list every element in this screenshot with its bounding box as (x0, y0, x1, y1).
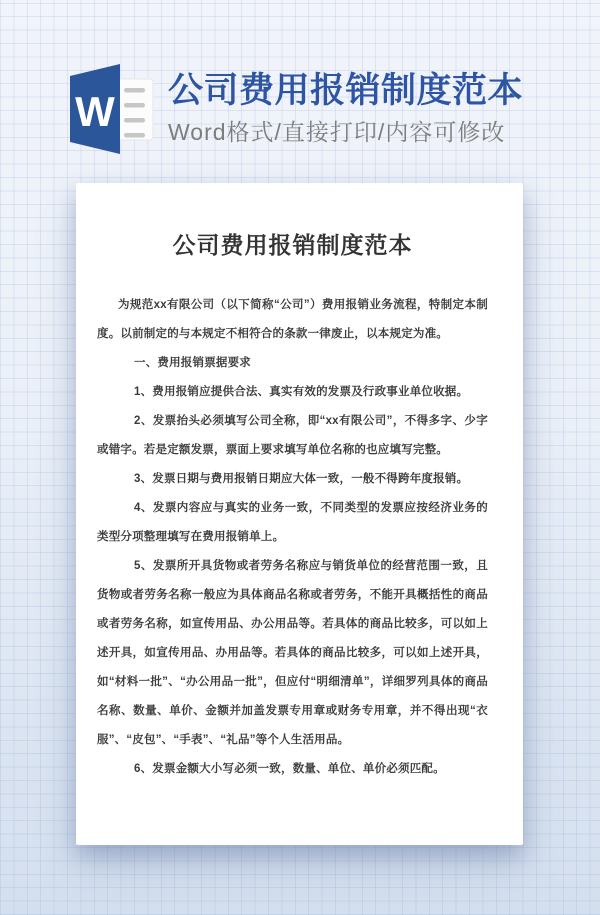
document-line (124, 88, 145, 93)
word-document-icon: W (70, 64, 156, 156)
document-page: 公司费用报销制度范本 为规范xx有限公司（以下简称“公司”）费用报销业务流程，特… (76, 183, 523, 845)
document-title: 公司费用报销制度范本 (97, 230, 488, 260)
document-line (124, 133, 145, 138)
banner-text: 公司费用报销制度范本 Word格式/直接打印/内容可修改 (168, 70, 538, 147)
doc-paragraph-intro: 为规范xx有限公司（以下简称“公司”）费用报销业务流程，特制定本制度。以前制定的… (97, 291, 488, 349)
doc-paragraph-item-1: 1、费用报销应提供合法、真实有效的发票及行政事业单位收据。 (97, 378, 488, 407)
banner-title: 公司费用报销制度范本 (168, 70, 538, 112)
doc-paragraph-item-2: 2、发票抬头必须填写公司全称，即“xx有限公司”，不得多字、少字或错字。若是定额… (97, 407, 488, 465)
word-icon: W (70, 64, 156, 161)
doc-paragraph-item-5: 5、发票所开具货物或者劳务名称应与销货单位的经营范围一致，且货物或者劳务名称一般… (97, 552, 488, 755)
doc-paragraph-item-4: 4、发票内容应与真实的业务一致，不同类型的发票应按经济业务的类型分项整理填写在费… (97, 494, 488, 552)
doc-paragraph-item-6: 6、发票金额大小写必须一致，数量、单位、单价必须匹配。 (97, 755, 488, 784)
word-icon-letter: W (75, 88, 115, 135)
doc-section-heading: 一、费用报销票据要求 (97, 349, 488, 378)
template-preview: { "banner": { "title": "公司费用报销制度范本", "su… (0, 0, 600, 915)
banner: W 公司费用报销制度范本 Word格式/直接打印/内容可修改 (0, 0, 600, 180)
document-line (124, 103, 145, 108)
doc-paragraph-item-3: 3、发票日期与费用报销日期应大体一致，一般不得跨年度报销。 (97, 465, 488, 494)
banner-subtitle: Word格式/直接打印/内容可修改 (168, 117, 538, 147)
document-line (124, 118, 145, 123)
document-body: 为规范xx有限公司（以下简称“公司”）费用报销业务流程，特制定本制度。以前制定的… (97, 291, 488, 784)
